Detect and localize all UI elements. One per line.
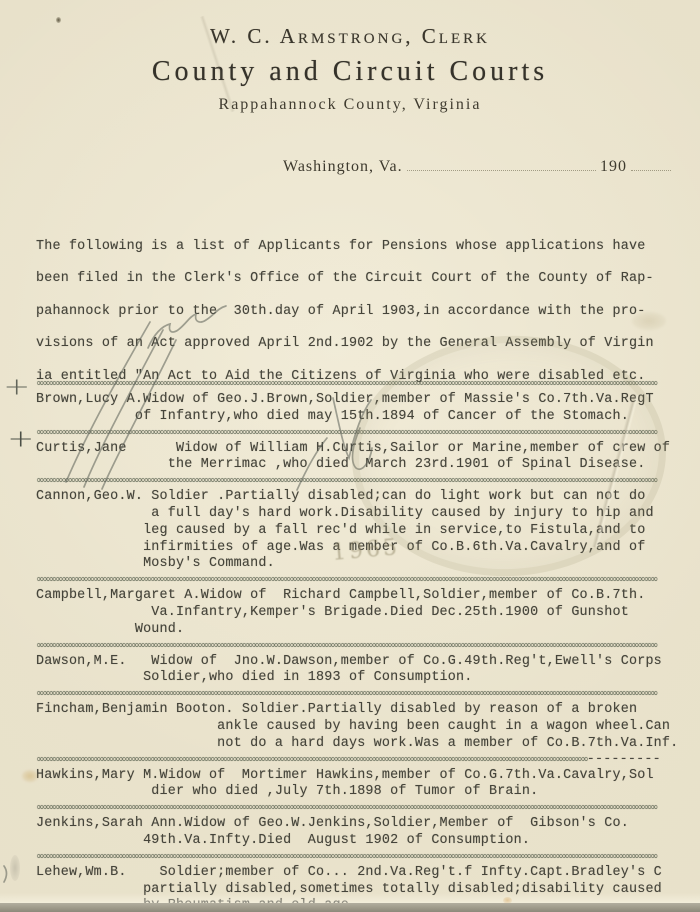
dateline-dotted-rule-tail xyxy=(631,158,671,171)
paper-stain xyxy=(632,312,666,330)
scan-bottom-highlight xyxy=(0,893,700,903)
letterhead: W. C. Armstrong, Clerk County and Circui… xyxy=(0,24,700,114)
intro-line: been filed in the Clerk's Office of the … xyxy=(36,263,680,295)
entry-line: not do a hard days work.Was a member of … xyxy=(36,736,674,753)
entry-line: Hawkins,Mary M.Widow of Mortimer Hawkins… xyxy=(36,768,674,785)
dateline-dotted-rule xyxy=(407,158,596,171)
paper-stain xyxy=(10,855,20,881)
entry-line: 49th.Va.Infty.Died August 1902 of Consum… xyxy=(36,833,674,850)
entry-line: Soldier,who died in 1893 of Consumption. xyxy=(36,670,674,687)
paper-stain xyxy=(22,770,38,782)
dateline-place: Washington, Va. xyxy=(283,158,403,176)
entry-line: dier who died ,July 7th.1898 of Tumor of… xyxy=(36,784,674,801)
divider-ornament: ∞∞∞∞∞∞∞∞∞∞∞∞∞∞∞∞∞∞∞∞∞∞∞∞∞∞∞∞∞∞∞∞∞∞∞∞∞∞∞∞… xyxy=(36,754,674,767)
intro-line: The following is a list of Applicants fo… xyxy=(36,231,680,263)
divider-ornament: ∞∞∞∞∞∞∞∞∞∞∞∞∞∞∞∞∞∞∞∞∞∞∞∞∞∞∞∞∞∞∞∞∞∞∞∞∞∞∞∞… xyxy=(36,851,674,864)
divider-ornament: ∞∞∞∞∞∞∞∞∞∞∞∞∞∞∞∞∞∞∞∞∞∞∞∞∞∞∞∞∞∞∞∞∞∞∞∞∞∞∞∞… xyxy=(36,802,674,815)
entry-line: Jenkins,Sarah Ann.Widow of Geo.W.Jenkins… xyxy=(36,816,674,833)
entry-line: Fincham,Benjamin Booton. Soldier.Partial… xyxy=(36,702,674,719)
entry-line: Lehew,Wm.B. Soldier;member of Co... 2nd.… xyxy=(36,865,674,882)
entry-line: Campbell,Margaret A.Widow of Richard Cam… xyxy=(36,588,674,605)
county-line: Rappahannock County, Virginia xyxy=(0,96,700,114)
entry-line: ankle caused by having been caught in a … xyxy=(36,719,674,736)
margin-plus-mark: + xyxy=(3,372,30,400)
scan-bottom-edge xyxy=(0,903,700,912)
divider-ornament: ∞∞∞∞∞∞∞∞∞∞∞∞∞∞∞∞∞∞∞∞∞∞∞∞∞∞∞∞∞∞∞∞∞∞∞∞∞∞∞∞… xyxy=(36,688,674,701)
margin-plus-mark: + xyxy=(7,424,34,452)
scanned-letter-page: W. C. Armstrong, Clerk County and Circui… xyxy=(0,0,700,912)
entry-line: Dawson,M.E. Widow of Jno.W.Dawson,member… xyxy=(36,654,674,671)
court-title-line: County and Circuit Courts xyxy=(0,56,700,88)
entry-line: Wound. xyxy=(36,622,674,639)
paper-stain xyxy=(56,17,61,23)
dateline-year-prefix: 190 xyxy=(600,158,627,176)
divider-ornament: ∞∞∞∞∞∞∞∞∞∞∞∞∞∞∞∞∞∞∞∞∞∞∞∞∞∞∞∞∞∞∞∞∞∞∞∞∞∞∞∞… xyxy=(36,640,674,653)
dateline: Washington, Va. 190 xyxy=(283,158,675,176)
divider-ornament: ∞∞∞∞∞∞∞∞∞∞∞∞∞∞∞∞∞∞∞∞∞∞∞∞∞∞∞∞∞∞∞∞∞∞∞∞∞∞∞∞… xyxy=(36,574,674,587)
intro-line: pahannock prior to the 30th.day of April… xyxy=(36,296,680,328)
clerk-name-line: W. C. Armstrong, Clerk xyxy=(0,24,700,49)
entry-line: Va.Infantry,Kemper's Brigade.Died Dec.25… xyxy=(36,605,674,622)
divider-dashes: --------- xyxy=(587,754,661,767)
